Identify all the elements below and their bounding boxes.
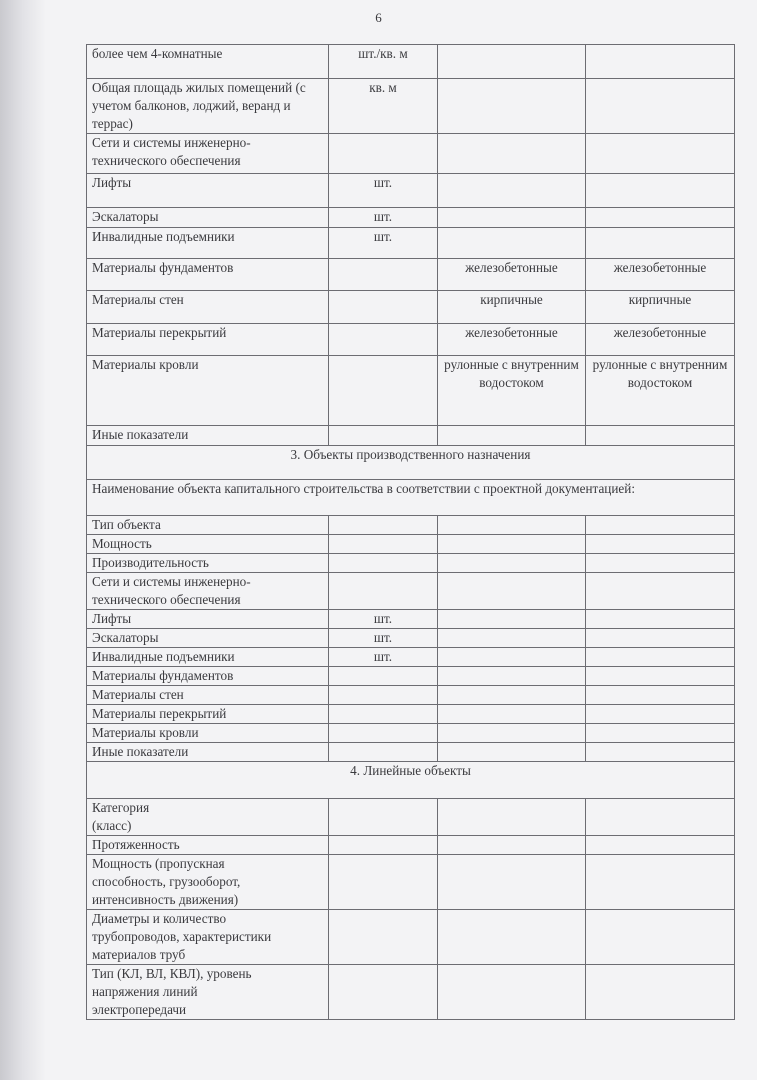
- value-cell: [586, 516, 735, 535]
- table-row: Иные показатели: [87, 743, 735, 762]
- value-cell: железобетонные: [586, 259, 735, 291]
- unit-cell: [329, 743, 438, 762]
- value-cell: [586, 836, 735, 855]
- value-cell: [586, 535, 735, 554]
- indicator-label: Тип (КЛ, ВЛ, КВЛ), уровеньнапряжения лин…: [87, 965, 329, 1020]
- indicator-label: Материалы стен: [87, 686, 329, 705]
- value-cell: [586, 79, 735, 134]
- unit-cell: шт.: [329, 208, 438, 228]
- indicator-label: Категория(класс): [87, 799, 329, 836]
- value-cell: [586, 648, 735, 667]
- value-cell: [586, 855, 735, 910]
- object-name-row: Наименование объекта капитального строит…: [87, 480, 735, 516]
- value-cell: [586, 686, 735, 705]
- value-cell: кирпичные: [438, 291, 586, 324]
- unit-cell: шт.: [329, 610, 438, 629]
- value-cell: [438, 535, 586, 554]
- indicator-label: более чем 4-комнатные: [87, 45, 329, 79]
- indicator-label: Мощность: [87, 535, 329, 554]
- page-edge-shadow: [0, 0, 46, 1080]
- indicator-label: Материалы кровли: [87, 356, 329, 426]
- table-row: Материалы стен: [87, 686, 735, 705]
- value-cell: [586, 705, 735, 724]
- value-cell: [586, 134, 735, 174]
- table-row: Инвалидные подъемникишт.: [87, 228, 735, 259]
- table-row: Лифтышт.: [87, 610, 735, 629]
- indicator-label: Тип объекта: [87, 516, 329, 535]
- indicator-label: Эскалаторы: [87, 208, 329, 228]
- value-cell: [438, 705, 586, 724]
- indicator-label: Материалы фундаментов: [87, 667, 329, 686]
- indicator-label: Диаметры и количествотрубопроводов, хара…: [87, 910, 329, 965]
- value-cell: железобетонные: [438, 259, 586, 291]
- value-cell: [438, 228, 586, 259]
- value-cell: [329, 965, 438, 1020]
- unit-cell: [329, 134, 438, 174]
- value-cell: [438, 629, 586, 648]
- value-cell: [329, 910, 438, 965]
- value-cell: [438, 573, 586, 610]
- unit-cell: [329, 554, 438, 573]
- indicator-label: Материалы кровли: [87, 724, 329, 743]
- unit-cell: [329, 573, 438, 610]
- value-cell: [329, 855, 438, 910]
- value-cell: [438, 686, 586, 705]
- value-cell: [586, 573, 735, 610]
- value-cell: [438, 610, 586, 629]
- value-cell: [438, 648, 586, 667]
- value-cell: [438, 79, 586, 134]
- indicator-label: Производительность: [87, 554, 329, 573]
- table-row: Категория(класс): [87, 799, 735, 836]
- value-cell: кирпичные: [586, 291, 735, 324]
- value-cell: [586, 667, 735, 686]
- value-cell: [438, 724, 586, 743]
- indicator-label: Протяженность: [87, 836, 329, 855]
- table-row: Эскалаторышт.: [87, 208, 735, 228]
- indicator-label: Сети и системы инженерно-технического об…: [87, 134, 329, 174]
- unit-cell: шт.: [329, 648, 438, 667]
- unit-cell: [329, 356, 438, 426]
- indicator-label: Материалы перекрытий: [87, 324, 329, 356]
- unit-cell: шт.: [329, 174, 438, 208]
- unit-cell: [329, 291, 438, 324]
- table-row: Материалы перекрытийжелезобетонныежелезо…: [87, 324, 735, 356]
- unit-cell: [329, 535, 438, 554]
- table-row: Сети и системы инженерно-технического об…: [87, 134, 735, 174]
- value-cell: [438, 743, 586, 762]
- table-row: Материалы стенкирпичныекирпичные: [87, 291, 735, 324]
- value-cell: [438, 134, 586, 174]
- table-row: Материалы кровлирулонные с внутренним во…: [87, 356, 735, 426]
- table-row: более чем 4-комнатныешт./кв. м: [87, 45, 735, 79]
- indicator-label: Сети и системы инженерно-технического об…: [87, 573, 329, 610]
- value-cell: [438, 426, 586, 446]
- unit-cell: шт.: [329, 629, 438, 648]
- section-4-title: 4. Линейные объекты: [87, 762, 735, 799]
- unit-cell: кв. м: [329, 79, 438, 134]
- value-cell: [586, 799, 735, 836]
- value-cell: [586, 743, 735, 762]
- value-cell: [586, 910, 735, 965]
- value-cell: [586, 45, 735, 79]
- unit-cell: [329, 426, 438, 446]
- indicator-label: Лифты: [87, 174, 329, 208]
- indicator-label: Материалы перекрытий: [87, 705, 329, 724]
- unit-cell: шт./кв. м: [329, 45, 438, 79]
- table-row: Материалы фундаментовжелезобетонныежелез…: [87, 259, 735, 291]
- table-row: Инвалидные подъемникишт.: [87, 648, 735, 667]
- unit-cell: [329, 724, 438, 743]
- page-number: 6: [0, 10, 757, 26]
- unit-cell: [329, 705, 438, 724]
- value-cell: [438, 910, 586, 965]
- table-row: Общая площадь жилых помещений (с учетом …: [87, 79, 735, 134]
- table-row: Сети и системы инженерно-технического об…: [87, 573, 735, 610]
- indicator-label: Мощность (пропускнаяспособность, грузооб…: [87, 855, 329, 910]
- table-row: Материалы кровли: [87, 724, 735, 743]
- unit-cell: [329, 516, 438, 535]
- indicator-label: Инвалидные подъемники: [87, 228, 329, 259]
- value-cell: [586, 629, 735, 648]
- table-row: Эскалаторышт.: [87, 629, 735, 648]
- value-cell: железобетонные: [586, 324, 735, 356]
- value-cell: [438, 554, 586, 573]
- indicators-table: более чем 4-комнатныешт./кв. мОбщая площ…: [86, 44, 735, 1020]
- value-cell: [438, 45, 586, 79]
- section-3-title: 3. Объекты производственного назначения: [87, 446, 735, 480]
- value-cell: [586, 554, 735, 573]
- value-cell: [438, 667, 586, 686]
- value-cell: [586, 610, 735, 629]
- value-cell: железобетонные: [438, 324, 586, 356]
- table-row: Производительность: [87, 554, 735, 573]
- value-cell: [438, 174, 586, 208]
- section-header-row: 4. Линейные объекты: [87, 762, 735, 799]
- value-cell: [586, 724, 735, 743]
- table-row: Диаметры и количествотрубопроводов, хара…: [87, 910, 735, 965]
- value-cell: [329, 836, 438, 855]
- value-cell: [438, 208, 586, 228]
- table-row: Иные показатели: [87, 426, 735, 446]
- value-cell: рулонные с внутренним водостоком: [586, 356, 735, 426]
- value-cell: [586, 965, 735, 1020]
- indicator-label: Лифты: [87, 610, 329, 629]
- unit-cell: [329, 667, 438, 686]
- table-row: Материалы фундаментов: [87, 667, 735, 686]
- value-cell: [586, 208, 735, 228]
- value-cell: [586, 426, 735, 446]
- indicator-label: Материалы стен: [87, 291, 329, 324]
- unit-cell: шт.: [329, 228, 438, 259]
- table-row: Тип (КЛ, ВЛ, КВЛ), уровеньнапряжения лин…: [87, 965, 735, 1020]
- value-cell: [438, 855, 586, 910]
- value-cell: [329, 799, 438, 836]
- indicator-label: Иные показатели: [87, 426, 329, 446]
- table-row: Мощность (пропускнаяспособность, грузооб…: [87, 855, 735, 910]
- value-cell: [586, 228, 735, 259]
- section-header-row: 3. Объекты производственного назначения: [87, 446, 735, 480]
- indicator-label: Иные показатели: [87, 743, 329, 762]
- value-cell: [438, 799, 586, 836]
- object-name-label: Наименование объекта капитального строит…: [87, 480, 735, 516]
- value-cell: [438, 516, 586, 535]
- table-row: Тип объекта: [87, 516, 735, 535]
- indicator-label: Материалы фундаментов: [87, 259, 329, 291]
- indicator-label: Эскалаторы: [87, 629, 329, 648]
- unit-cell: [329, 686, 438, 705]
- indicator-label: Инвалидные подъемники: [87, 648, 329, 667]
- table-row: Материалы перекрытий: [87, 705, 735, 724]
- value-cell: [586, 174, 735, 208]
- value-cell: рулонные с внутренним водостоком: [438, 356, 586, 426]
- unit-cell: [329, 324, 438, 356]
- unit-cell: [329, 259, 438, 291]
- table-row: Протяженность: [87, 836, 735, 855]
- value-cell: [438, 836, 586, 855]
- value-cell: [438, 965, 586, 1020]
- table-row: Мощность: [87, 535, 735, 554]
- indicator-label: Общая площадь жилых помещений (с учетом …: [87, 79, 329, 134]
- table-row: Лифтышт.: [87, 174, 735, 208]
